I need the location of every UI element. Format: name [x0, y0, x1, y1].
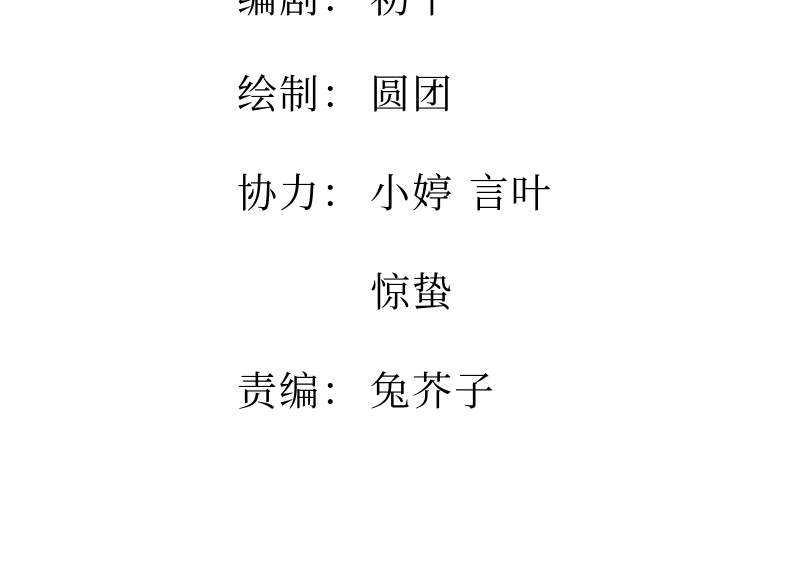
credit-value: 兔芥子: [370, 367, 496, 417]
credit-label: 编剧：: [237, 0, 363, 24]
credits-page: 编剧： 初十 绘制： 圆团 协力： 小婷 言叶 惊蛰 责编： 兔芥子: [0, 0, 800, 564]
credit-line-assistants-cont: 惊蛰: [0, 268, 800, 318]
credit-value: 惊蛰: [370, 268, 454, 318]
credit-line-assistants: 协力： 小婷 言叶: [0, 169, 800, 219]
credit-label: 责编：: [237, 367, 363, 417]
credit-line-artist: 绘制： 圆团: [0, 70, 800, 120]
credit-value: 圆团: [370, 70, 454, 120]
credit-value: 小婷 言叶: [370, 169, 553, 219]
credit-value: 初十: [370, 0, 454, 24]
credit-label: 绘制：: [237, 70, 363, 120]
credit-label: 协力：: [237, 169, 363, 219]
credit-line-editor: 责编： 兔芥子: [0, 367, 800, 417]
credit-line-writer: 编剧： 初十: [0, 0, 800, 24]
